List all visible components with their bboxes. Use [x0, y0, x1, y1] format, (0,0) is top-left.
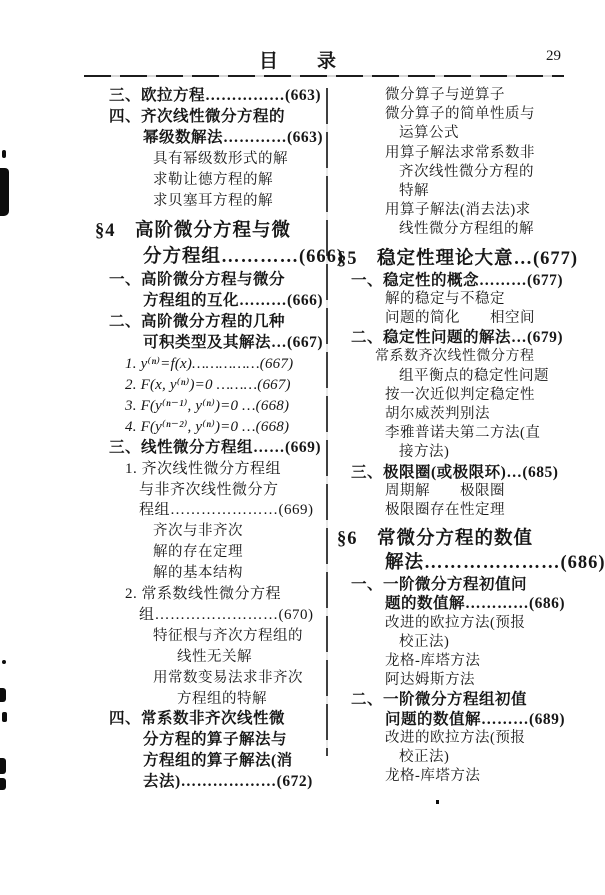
toc-line: 特征根与齐次方程组的 [153, 626, 327, 647]
toc-line: 题的数值解…………(686) [385, 594, 569, 613]
toc-line: 三、极限圈(或极限环)…(685) [351, 463, 569, 482]
toc-line: 改进的欧拉方法(预报 [385, 729, 569, 748]
toc-line: 用算子解法(消去法)求 [385, 201, 569, 220]
toc-line: 方程组的特解 [177, 689, 327, 710]
ink-mark [0, 778, 6, 790]
toc-line: 微分算子与逆算子 [385, 86, 569, 105]
toc-line: 分方程组…………(666) [143, 244, 327, 270]
toc-line: 程组…………………(669) [139, 500, 327, 521]
toc-line: 二、稳定性问题的解法…(679) [351, 328, 569, 347]
header-rule [84, 75, 564, 77]
toc-line: 线性微分方程组的解 [399, 220, 569, 239]
toc-line: 解的稳定与不稳定 [385, 290, 569, 309]
toc-line: 二、一阶微分方程组初值 [351, 690, 569, 709]
toc-line: 三、欧拉方程……………(663) [109, 86, 327, 107]
toc-line: 求勒让德方程的解 [153, 170, 327, 191]
toc-line: 龙格-库塔方法 [385, 767, 569, 786]
toc-line: 三、线性微分方程组……(669) [109, 438, 327, 459]
toc-line: 特解 [399, 182, 569, 201]
toc-line: 一、稳定性的概念………(677) [351, 271, 569, 290]
toc-line: §5 稳定性理论大意…(677) [337, 247, 569, 271]
toc-line: 解法…………………(686) [385, 551, 569, 575]
toc-line: 1. 齐次线性微分方程组 [125, 459, 327, 480]
ink-mark [436, 800, 439, 804]
toc-line: 分方程的算子解法与 [143, 730, 327, 751]
toc-line: 1. y⁽ⁿ⁾=f(x)……………(667) [125, 354, 327, 375]
toc-line: 3. F(y⁽ⁿ⁻¹⁾, y⁽ⁿ⁾)=0 …(668) [125, 396, 327, 417]
toc-line: 可积类型及其解法…(667) [143, 333, 327, 354]
book-page: 目 录 29 三、欧拉方程……………(663)四、齐次线性微分方程的幂级数解法…… [0, 0, 605, 895]
toc-line: 周期解 极限圈 [385, 482, 569, 501]
toc-line: 组……………………(670) [139, 605, 327, 626]
ink-mark [2, 712, 7, 722]
toc-line: §6 常微分方程的数值 [337, 527, 569, 551]
page-title: 目 录 [0, 46, 605, 73]
ink-mark [2, 150, 6, 158]
toc-line: 四、常系数非齐次线性微 [109, 709, 327, 730]
toc-line: 一、高阶微分方程与微分 [109, 270, 327, 291]
toc-line: §4 高阶微分方程与微 [95, 218, 327, 244]
ink-mark [0, 758, 6, 774]
toc-column-right: 微分算子与逆算子微分算子的简单性质与运算公式用算子解法求常系数非齐次线性微分方程… [337, 86, 569, 787]
toc-line: 组平衡点的稳定性问题 [399, 367, 569, 386]
toc-line: 极限圈存在性定理 [385, 501, 569, 520]
toc-line: 具有幂级数形式的解 [153, 149, 327, 170]
toc-line: 按一次近似判定稳定性 [385, 386, 569, 405]
toc-line: 去法)………………(672) [143, 772, 327, 793]
toc-line: 方程组的算子解法(消 [143, 751, 327, 772]
toc-line: 解的基本结构 [153, 563, 327, 584]
toc-line: 方程组的互化………(666) [143, 291, 327, 312]
toc-line: 齐次线性微分方程的 [399, 163, 569, 182]
page-header: 目 录 29 [0, 46, 605, 72]
toc-line: 线性无关解 [177, 647, 327, 668]
toc-line: 4. F(y⁽ⁿ⁻²⁾, y⁽ⁿ⁾)=0 …(668) [125, 417, 327, 438]
toc-line: 四、齐次线性微分方程的 [109, 107, 327, 128]
toc-line: 齐次与非齐次 [153, 521, 327, 542]
toc-line: 接方法) [399, 443, 569, 462]
toc-line: 校正法) [399, 748, 569, 767]
toc-line: 问题的简化 相空间 [385, 309, 569, 328]
toc-line: 李雅普诺夫第二方法(直 [385, 424, 569, 443]
toc-column-left: 三、欧拉方程……………(663)四、齐次线性微分方程的幂级数解法…………(663… [95, 86, 327, 793]
toc-line: 问题的数值解………(689) [385, 710, 569, 729]
toc-line: 与非齐次线性微分方 [139, 480, 327, 501]
ink-mark [0, 688, 6, 702]
toc-line: 阿达姆斯方法 [385, 671, 569, 690]
toc-line: 微分算子的简单性质与 [385, 105, 569, 124]
toc-line: 校正法) [399, 633, 569, 652]
toc-line: 二、高阶微分方程的几种 [109, 312, 327, 333]
toc-line: 2. 常系数线性微分方程 [125, 584, 327, 605]
toc-line: 幂级数解法…………(663) [143, 128, 327, 149]
toc-line: 龙格-库塔方法 [385, 652, 569, 671]
toc-line: 用常数变易法求非齐次 [153, 668, 327, 689]
page-number: 29 [546, 48, 561, 65]
toc-line: 一、一阶微分方程初值问 [351, 575, 569, 594]
ink-mark [0, 168, 9, 216]
toc-line: 胡尔威茨判别法 [385, 405, 569, 424]
toc-line: 改进的欧拉方法(预报 [385, 614, 569, 633]
toc-line: 运算公式 [399, 124, 569, 143]
toc-line: 解的存在定理 [153, 542, 327, 563]
toc-line: 用算子解法求常系数非 [385, 144, 569, 163]
ink-mark [2, 660, 6, 664]
toc-line: 2. F(x, y⁽ⁿ⁾)=0 ………(667) [125, 375, 327, 396]
toc-line: 常系数齐次线性微分方程 [375, 347, 569, 366]
toc-line: 求贝塞耳方程的解 [153, 191, 327, 212]
